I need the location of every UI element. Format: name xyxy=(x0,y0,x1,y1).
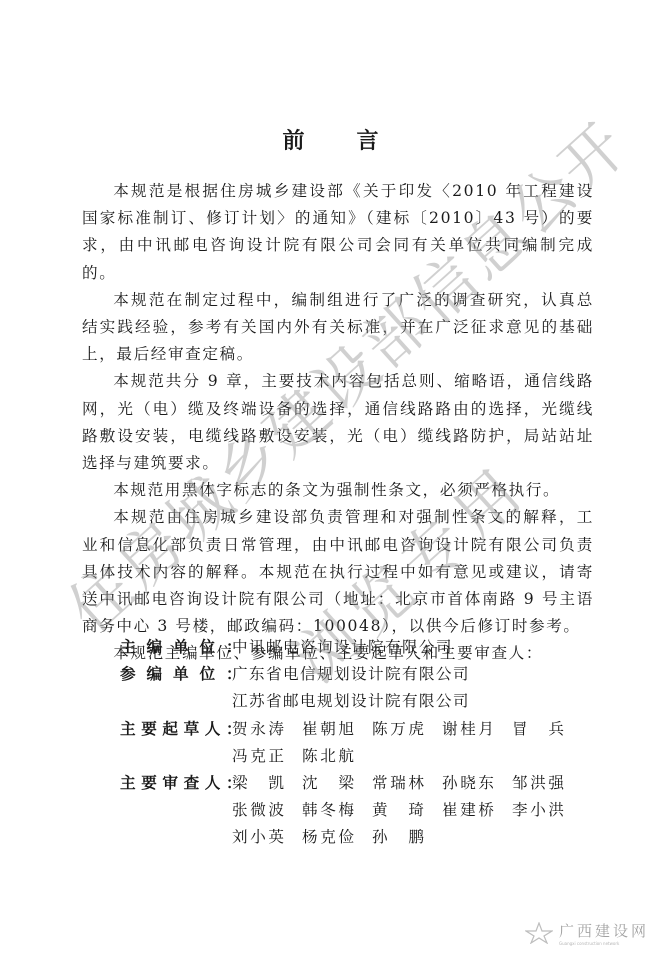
logo-subtitle: Guangxi construction network xyxy=(559,941,649,946)
person-name: 韩冬梅 xyxy=(302,797,354,824)
person-name: 邹洪强 xyxy=(512,770,564,797)
person-name: 陈万虎 xyxy=(372,716,424,743)
person-name: 杨克俭 xyxy=(302,824,354,851)
org-name: 广东省电信规划设计院有限公司 xyxy=(232,661,612,688)
person-name: 孙晓东 xyxy=(442,770,494,797)
person-name: 崔建桥 xyxy=(442,797,494,824)
page-title: 前言 xyxy=(0,124,661,155)
drafter-names: 贺永涛崔朝旭陈万虎谢桂月冒兵冯克正陈北航 xyxy=(232,716,592,770)
person-name: 陈北航 xyxy=(302,743,354,770)
credit-row-participating-units: 参 编 单 位 ： 广东省电信规划设计院有限公司 江苏省邮电规划设计院有限公司 xyxy=(120,661,612,715)
person-name: 孙鹏 xyxy=(372,824,424,851)
title-char: 言 xyxy=(357,124,379,155)
preface-body: 本规范是根据住房城乡建设部《关于印发〈2010 年工程建设国家标准制订、修订计划… xyxy=(82,178,594,668)
title-char: 前 xyxy=(282,124,304,155)
credit-label-main-reviewers: 主 要 审 查 人 ： xyxy=(120,770,232,852)
star-logo-icon xyxy=(525,922,553,944)
credit-label-chief-unit: 主 编 单 位 ： xyxy=(120,634,232,661)
credit-row-main-drafters: 主 要 起 草 人 ： 贺永涛崔朝旭陈万虎谢桂月冒兵冯克正陈北航 xyxy=(120,716,612,770)
person-name: 谢桂月 xyxy=(442,716,494,743)
person-name: 张微波 xyxy=(232,797,284,824)
paragraph-process: 本规范在制定过程中，编制组进行了广泛的调查研究，认真总结实践经验，参考有关国内外… xyxy=(82,287,594,369)
paragraph-source: 本规范是根据住房城乡建设部《关于印发〈2010 年工程建设国家标准制订、修订计划… xyxy=(82,178,594,287)
person-name: 冯克正 xyxy=(232,743,284,770)
person-name: 常瑞林 xyxy=(372,770,424,797)
person-name: 梁凯 xyxy=(232,770,284,797)
paragraph-contents: 本规范共分 9 章，主要技术内容包括总则、缩略语，通信线路网，光（电）缆及终端设… xyxy=(82,368,594,477)
document-page: 前言 本规范是根据住房城乡建设部《关于印发〈2010 年工程建设国家标准制订、修… xyxy=(0,0,661,958)
paragraph-management: 本规范由住房城乡建设部负责管理和对强制性条文的解释，工业和信息化部负责日常管理，… xyxy=(82,504,594,640)
person-name: 黄琦 xyxy=(372,797,424,824)
paragraph-mandatory: 本规范用黑体字标志的条文为强制性条文，必须严格执行。 xyxy=(82,477,594,504)
credit-label-main-drafters: 主 要 起 草 人 ： xyxy=(120,716,232,770)
org-name: 江苏省邮电规划设计院有限公司 xyxy=(232,688,612,715)
logo-title: 广西建设网 xyxy=(559,920,649,941)
org-name: 中讯邮电咨询设计院有限公司 xyxy=(232,634,453,661)
person-name: 李小洪 xyxy=(512,797,564,824)
person-name: 崔朝旭 xyxy=(302,716,354,743)
credit-label-participating-units: 参 编 单 位 ： xyxy=(120,661,232,715)
credit-row-main-reviewers: 主 要 审 查 人 ： 梁凯沈梁常瑞林孙晓东邹洪强张微波韩冬梅黄琦崔建桥李小洪刘… xyxy=(120,770,612,852)
site-logo: 广西建设网 Guangxi construction network xyxy=(525,920,649,946)
reviewer-names: 梁凯沈梁常瑞林孙晓东邹洪强张微波韩冬梅黄琦崔建桥李小洪刘小英杨克俭孙鹏 xyxy=(232,770,592,852)
person-name: 贺永涛 xyxy=(232,716,284,743)
person-name: 刘小英 xyxy=(232,824,284,851)
credits-block: 主 编 单 位 ： 中讯邮电咨询设计院有限公司 参 编 单 位 ： 广东省电信规… xyxy=(120,634,612,852)
person-name: 沈梁 xyxy=(302,770,354,797)
credit-row-chief-unit: 主 编 单 位 ： 中讯邮电咨询设计院有限公司 xyxy=(120,634,612,661)
person-name: 冒兵 xyxy=(512,716,564,743)
